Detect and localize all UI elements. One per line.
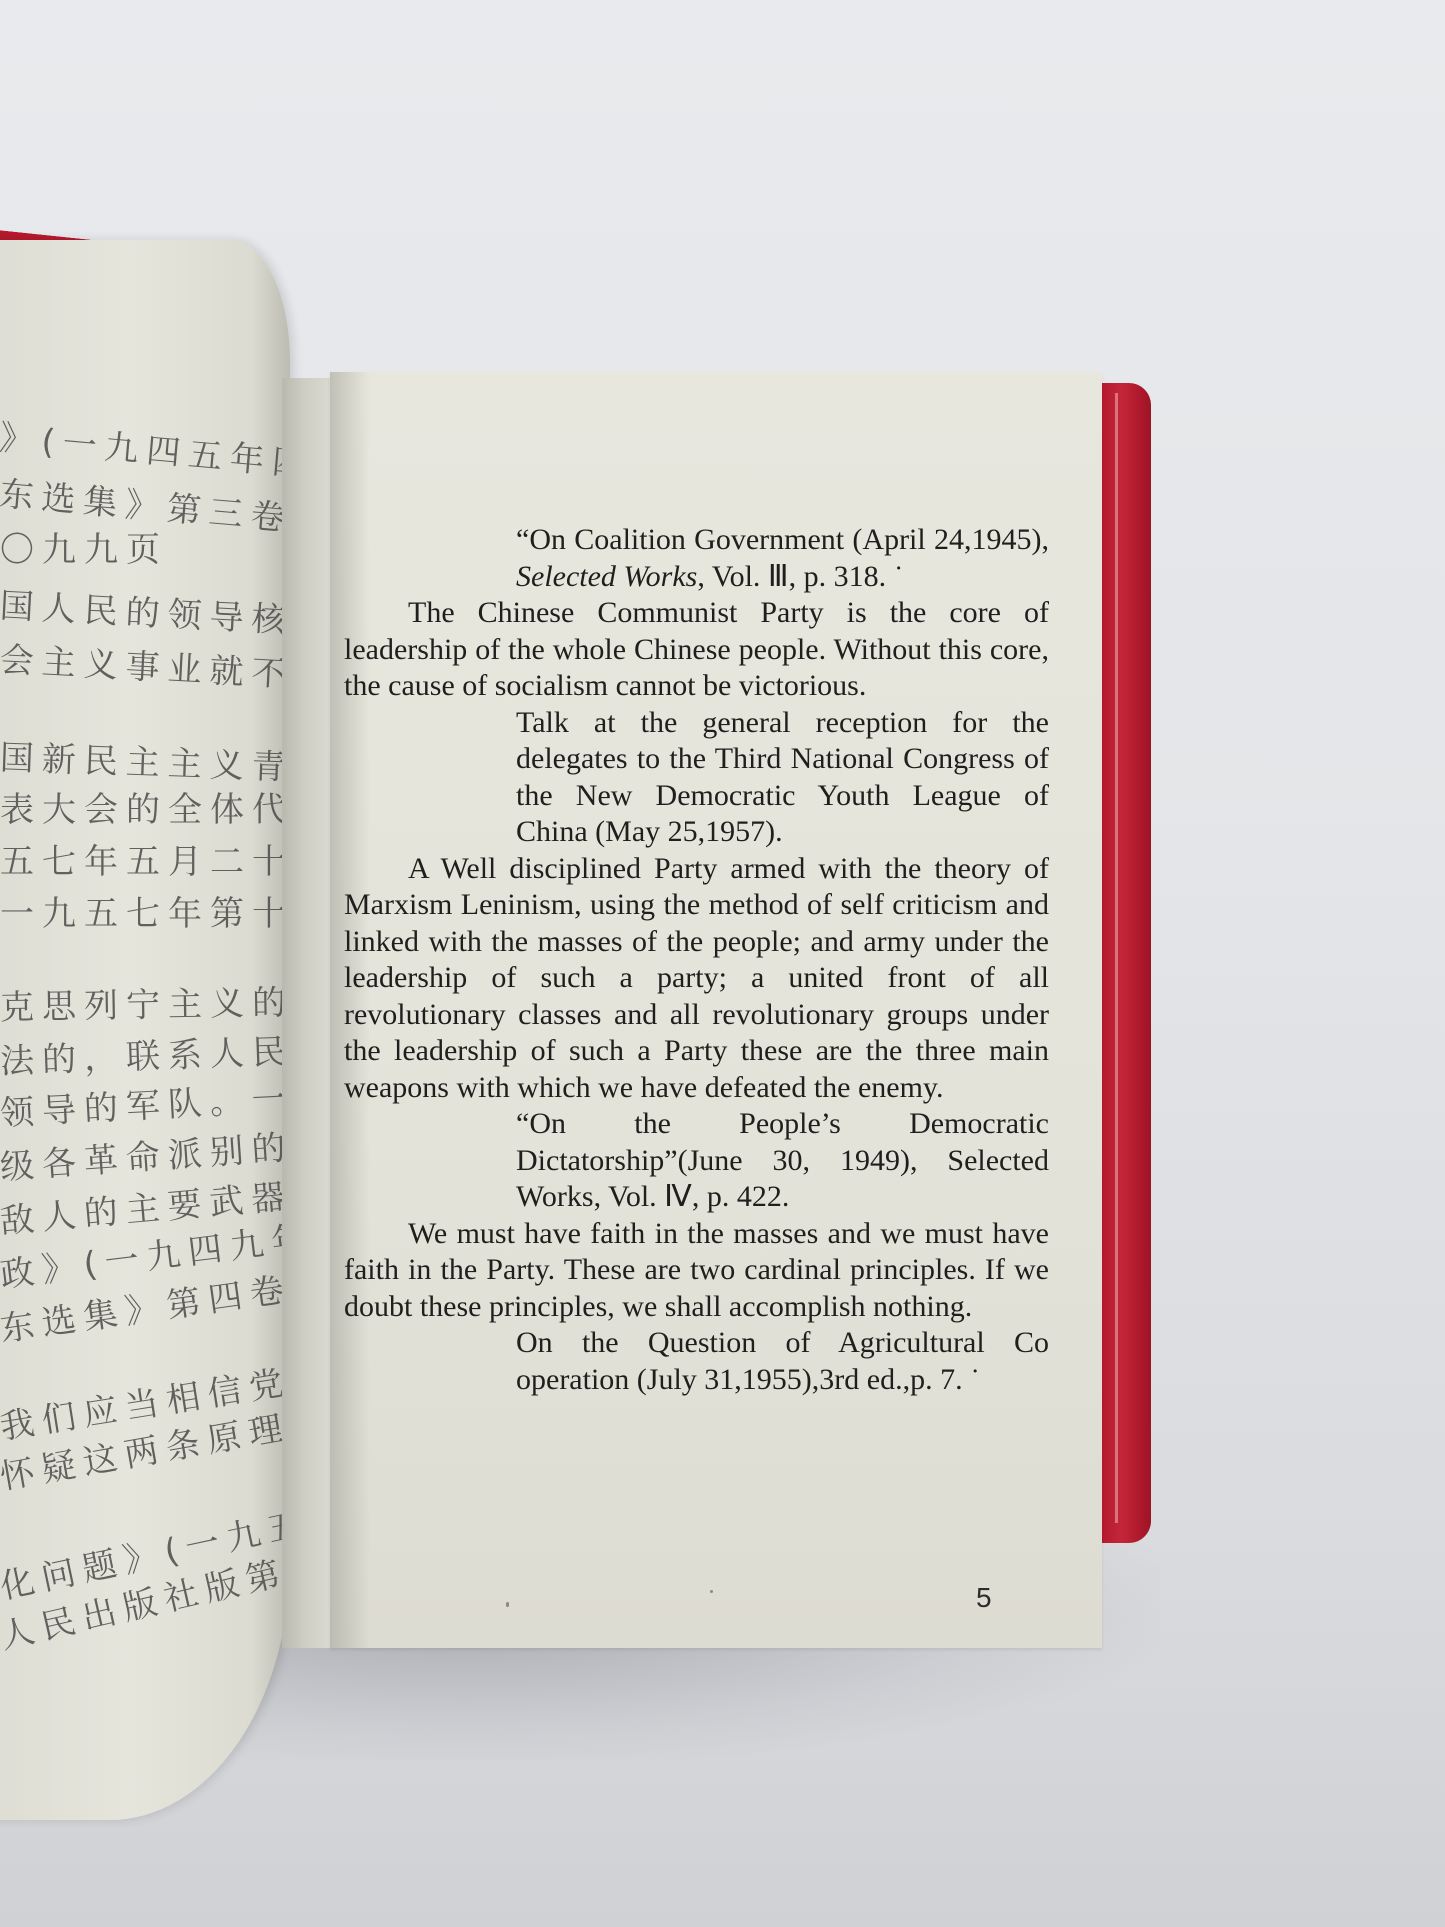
cn-line: 〇九九页 <box>0 522 168 571</box>
quote-paragraph: The Chinese Communist Party is the core … <box>344 595 1049 705</box>
page-number: 5 <box>976 1582 992 1614</box>
citation-coalition-government: “On Coalition Government (April 24,1945)… <box>516 522 1049 595</box>
citation-italic-title: Selected Works <box>516 560 697 593</box>
cn-line: 表大会的全体代表 <box>0 782 290 831</box>
photo-scene: 》(一九四五年四月二 东选集》第三卷第 〇九九页 国人民的领导核 会主义事业就不… <box>0 0 1445 1927</box>
citation-agricultural-cooperation: On the Question of Agricultural Co opera… <box>516 1325 1049 1398</box>
cn-line: 一九五七年第十二 <box>0 886 290 935</box>
citation-youth-league-talk: Talk at the general reception for the de… <box>516 705 1049 851</box>
paper-speck <box>710 1590 713 1593</box>
cn-line: 会主义事业就不能 <box>0 632 290 699</box>
paper-speck <box>506 1602 509 1607</box>
citation-democratic-dictatorship: “On the People’s Democratic Dictatorship… <box>516 1106 1049 1216</box>
left-page: 》(一九四五年四月二 东选集》第三卷第 〇九九页 国人民的领导核 会主义事业就不… <box>0 240 290 1820</box>
right-page-text: “On Coalition Government (April 24,1945)… <box>344 522 1049 1398</box>
quote-paragraph: We must have faith in the masses and we … <box>344 1216 1049 1326</box>
cover-highlight <box>1115 393 1118 1523</box>
right-page: “On Coalition Government (April 24,1945)… <box>330 372 1102 1648</box>
cn-line: 克思列宁主义的理 <box>0 974 290 1029</box>
cn-line: 国人民的领导核 <box>0 578 290 642</box>
quote-paragraph: A Well disciplined Party armed with the … <box>344 851 1049 1107</box>
cn-line: 五七年五月二十五日 <box>0 834 290 883</box>
